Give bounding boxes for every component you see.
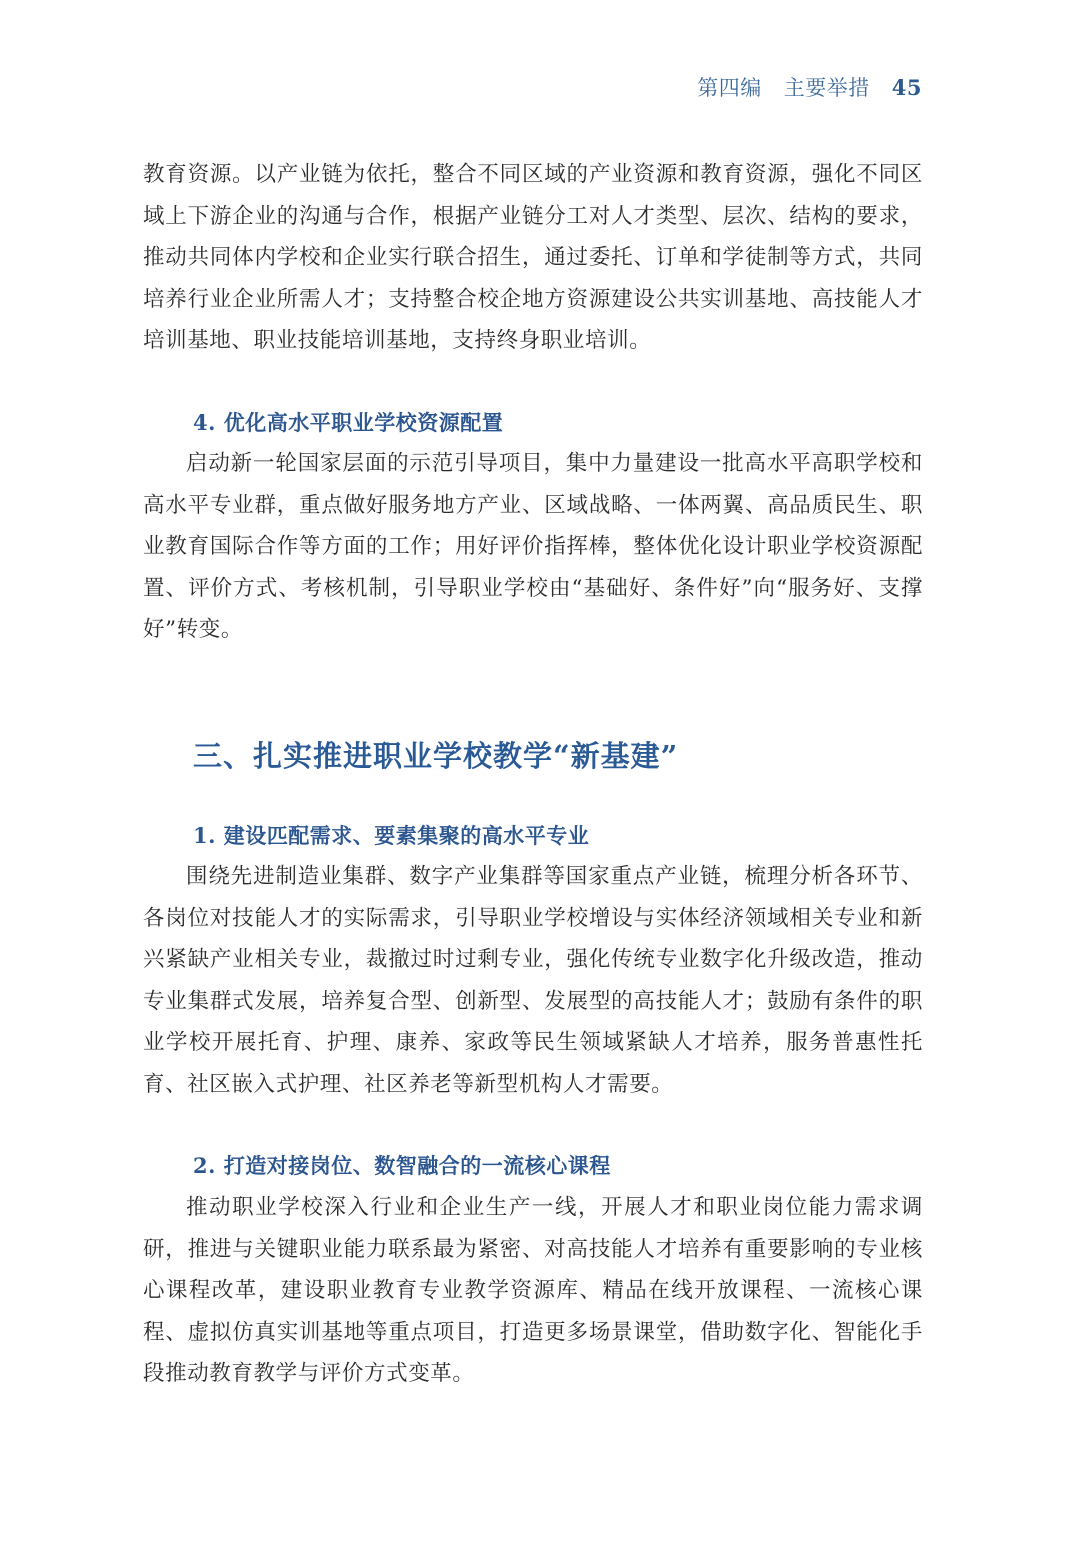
subheading-4: 4. 优化高水平职业学校资源配置 xyxy=(193,408,503,438)
paragraph-continued: 教育资源。以产业链为依托，整合不同区域的产业资源和教育资源，强化不同区域上下游企… xyxy=(143,154,923,362)
subheading-1: 1. 建设匹配需求、要素集聚的高水平专业 xyxy=(193,821,589,851)
running-header: 第四编主要举措45 xyxy=(697,72,922,102)
paragraph-1: 围绕先进制造业集群、数字产业集群等国家重点产业链，梳理分析各环节、各岗位对技能人… xyxy=(143,856,923,1105)
paragraph-4: 启动新一轮国家层面的示范引导项目，集中力量建设一批高水平高职学校和高水平专业群，… xyxy=(143,443,923,651)
header-part: 第四编 xyxy=(697,76,762,100)
section-title-3: 三、扎实推进职业学校教学“新基建” xyxy=(193,736,678,776)
paragraph-2: 推动职业学校深入行业和企业生产一线，开展人才和职业岗位能力需求调研，推进与关键职… xyxy=(143,1187,923,1395)
header-chapter: 主要举措 xyxy=(784,76,870,100)
page-number: 45 xyxy=(892,75,922,100)
subheading-2: 2. 打造对接岗位、数智融合的一流核心课程 xyxy=(193,1151,611,1181)
